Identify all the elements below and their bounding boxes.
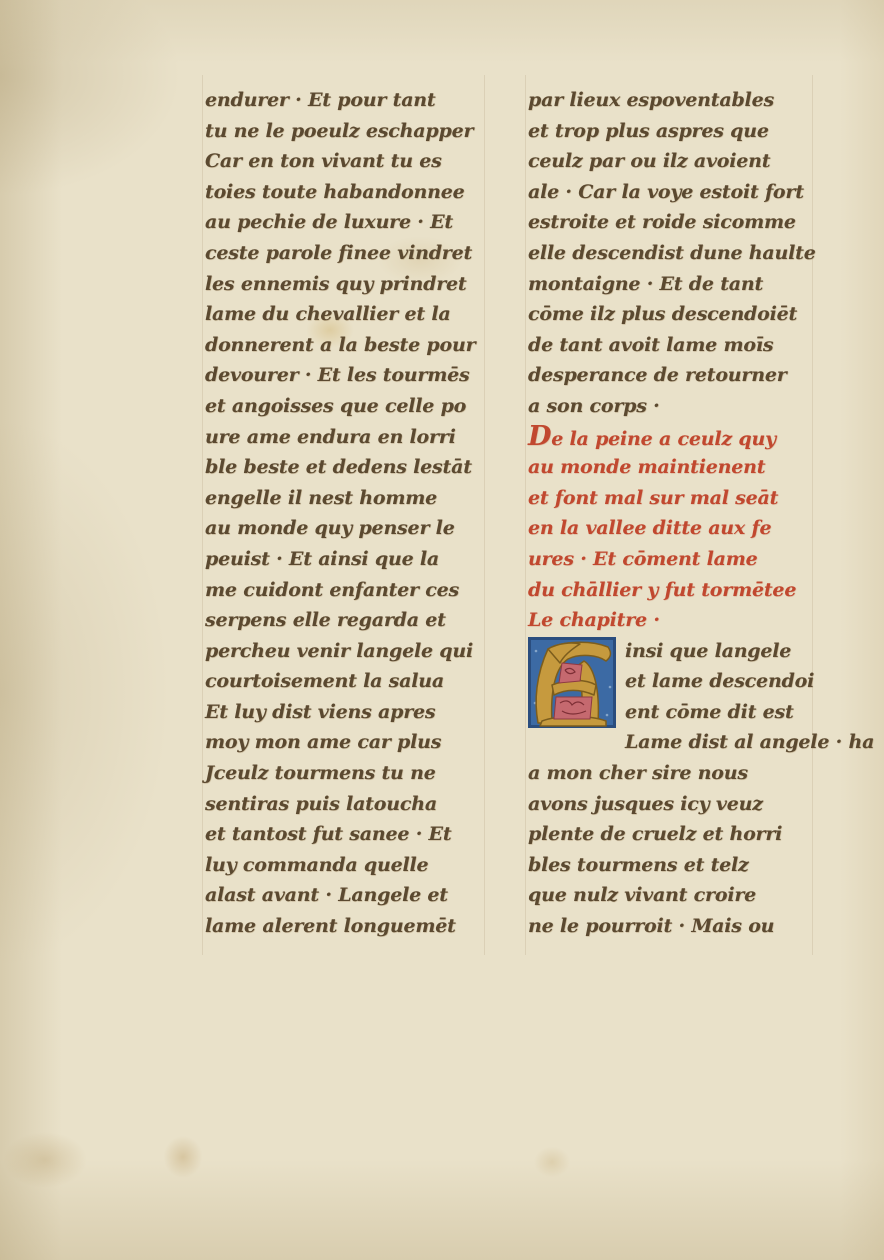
text-line: ne le pourroit · Mais ou — [528, 911, 812, 942]
text-line: Jceulz tourmens tu ne — [205, 758, 483, 789]
text-line: ale · Car la voye estoit fort — [528, 177, 812, 208]
text-line: montaigne · Et de tant — [528, 269, 812, 300]
illuminated-initial-a-icon — [528, 637, 616, 728]
text-line: donnerent a la beste pour — [205, 330, 483, 361]
text-line: sentiras puis latoucha — [205, 789, 483, 820]
illuminated-initial — [528, 637, 616, 728]
text-line: ceste parole finee vindret — [205, 238, 483, 269]
text-line: bles tourmens et telz — [528, 850, 812, 881]
text-line: au pechie de luxure · Et — [205, 207, 483, 238]
text-line: toies toute habandonnee — [205, 177, 483, 208]
text-line: par lieux espoventables — [528, 85, 812, 116]
text-line: devourer · Et les tourmēs — [205, 360, 483, 391]
text-line: et tantost fut sanee · Et — [205, 819, 483, 850]
text-line: ble beste et dedens lestāt — [205, 452, 483, 483]
text-line: a mon cher sire nous — [528, 758, 812, 789]
ruling-line — [525, 75, 526, 955]
chapter-opening: insi que langele et lame descendoi ent c… — [528, 636, 812, 942]
text-line: elle descendist dune haulte — [528, 238, 812, 269]
rubric-line: en la vallee ditte aux fe — [528, 513, 812, 544]
text-line: a son corps · — [528, 391, 812, 422]
text-line: estroite et roide sicomme — [528, 207, 812, 238]
rubric-line: et font mal sur mal seāt — [528, 483, 812, 514]
text-line: et trop plus aspres que — [528, 116, 812, 147]
text-line: que nulz vivant croire — [528, 880, 812, 911]
text-line: ure ame endura en lorri — [205, 422, 483, 453]
text-line: Et luy dist viens apres — [205, 697, 483, 728]
ruling-line — [202, 75, 203, 955]
ruling-line — [812, 75, 813, 955]
text-line: lame alerent longuemēt — [205, 911, 483, 942]
left-text-column: endurer · Et pour tant tu ne le poeulz e… — [205, 85, 483, 942]
text-line: serpens elle regarda et — [205, 605, 483, 636]
text-line: les ennemis quy prindret — [205, 269, 483, 300]
text-line: me cuidont enfanter ces — [205, 575, 483, 606]
text-line: Car en ton vivant tu es — [205, 146, 483, 177]
text-line: alast avant · Langele et — [205, 880, 483, 911]
text-line: endurer · Et pour tant — [205, 85, 483, 116]
text-line: tu ne le poeulz eschapper — [205, 116, 483, 147]
text-line: au monde quy penser le — [205, 513, 483, 544]
text-line: avons jusques icy veuz — [528, 789, 812, 820]
right-text-column: par lieux espoventables et trop plus asp… — [528, 85, 812, 942]
text-line: ceulz par ou ilz avoient — [528, 146, 812, 177]
text-line: percheu venir langele qui — [205, 636, 483, 667]
rubric-line: ures · Et cōment lame — [528, 544, 812, 575]
text-line: de tant avoit lame moīs — [528, 330, 812, 361]
text-line: cōme ilz plus descendoiēt — [528, 299, 812, 330]
text-line: courtoisement la salua — [205, 666, 483, 697]
text-line: lame du chevallier et la — [205, 299, 483, 330]
rubric-line: Le chapitre · — [528, 605, 812, 636]
ruling-line — [484, 75, 485, 955]
rubric-line: au monde maintienent — [528, 452, 812, 483]
text-line: et angoisses que celle po — [205, 391, 483, 422]
manuscript-page: endurer · Et pour tant tu ne le poeulz e… — [0, 0, 884, 1260]
rubric-line: De la peine a ceulz quy — [528, 422, 812, 453]
text-line: desperance de retourner — [528, 360, 812, 391]
text-line: peuist · Et ainsi que la — [205, 544, 483, 575]
text-line: engelle il nest homme — [205, 483, 483, 514]
text-line: plente de cruelz et horri — [528, 819, 812, 850]
rubric-line: du chāllier y fut tormētee — [528, 575, 812, 606]
text-line: moy mon ame car plus — [205, 727, 483, 758]
text-line: luy commanda quelle — [205, 850, 483, 881]
text-line: Lame dist al angele · ha — [528, 727, 812, 758]
